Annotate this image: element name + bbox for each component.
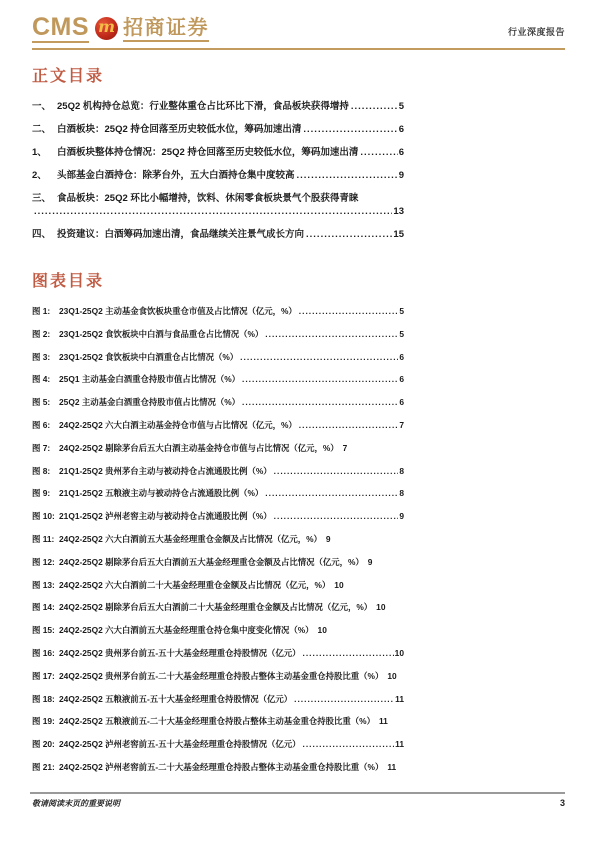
figure-entry[interactable]: 图 6: 24Q2-25Q2 六大白酒主动基金持仓市值与占比情况（亿元，%） .…: [32, 419, 404, 432]
entry-page-number: 8: [399, 487, 404, 500]
entry-number: 四、: [32, 228, 57, 241]
figure-entry[interactable]: 图 3: 23Q1-25Q2 食饮板块中白酒重仓占比情况（%） ........…: [32, 351, 404, 364]
dot-leader: ........................................…: [242, 396, 398, 409]
figure-entry[interactable]: 图 5: 25Q2 主动基金白酒重仓持股市值占比情况（%） ..........…: [32, 396, 404, 409]
entry-number: 2、: [32, 169, 57, 182]
entry-page-number: 13: [393, 205, 404, 218]
entry-number: 图 18:: [32, 693, 59, 706]
entry-number: 图 12:: [32, 556, 59, 569]
entry-page-number: 8: [399, 465, 404, 478]
entry-page-number: 9: [326, 533, 331, 546]
entry-page-number: 6: [399, 123, 404, 136]
entry-text: 23Q1-25Q2 主动基金食饮板块重仓市值及占比情况（亿元，%）: [59, 305, 297, 318]
cms-badge-icon: m: [95, 17, 118, 40]
entry-page-number: 5: [399, 328, 404, 341]
entry-number: 图 15:: [32, 624, 59, 637]
toc-entry[interactable]: 四、 投资建议：白酒筹码加速出清，食品继续关注景气成长方向 ..........…: [32, 228, 404, 241]
entry-page-number: 11: [387, 761, 396, 774]
figure-entry[interactable]: 图 16: 24Q2-25Q2 贵州茅台前五-五十大基金经理重仓持股情况（亿元）…: [32, 647, 404, 660]
entry-page-number: 10: [387, 670, 396, 683]
entry-number: 图 5:: [32, 396, 59, 409]
entry-text: 21Q1-25Q2 泸州老窖主动与被动持仓占流通股比例（%）: [59, 510, 272, 523]
entry-number: 图 10:: [32, 510, 59, 523]
entry-text: 21Q1-25Q2 贵州茅台主动与被动持仓占流通股比例（%）: [59, 465, 272, 478]
entry-page-number: 6: [399, 146, 404, 159]
entry-number: 图 16:: [32, 647, 59, 660]
entry-page-number: 9: [399, 510, 404, 523]
figures-list: 图 1: 23Q1-25Q2 主动基金食饮板块重仓市值及占比情况（亿元，%） .…: [32, 305, 404, 774]
entry-number: 图 13:: [32, 579, 59, 592]
entry-page-number: 11: [395, 738, 404, 751]
report-header: CMS m 招商证券 行业深度报告: [0, 0, 595, 43]
entry-page-number: 9: [399, 169, 404, 182]
figure-entry[interactable]: 图 21: 24Q2-25Q2 泸州老窖前五-二十大基金经理重仓持股占整体主动基…: [32, 761, 404, 774]
entry-text: 23Q1-25Q2 食饮板块中白酒与食品重仓占比情况（%）: [59, 328, 263, 341]
dot-leader: ........................................…: [34, 205, 392, 218]
entry-text: 投资建议：白酒筹码加速出清，食品继续关注景气成长方向: [57, 228, 304, 241]
figure-entry[interactable]: 图 13: 24Q2-25Q2 六大白酒前二十大基金经理重仓金额及占比情况（亿元…: [32, 579, 404, 592]
figure-entry[interactable]: 图 1: 23Q1-25Q2 主动基金食饮板块重仓市值及占比情况（亿元，%） .…: [32, 305, 404, 318]
entry-page-number: 9: [368, 556, 373, 569]
entry-number: 图 11:: [32, 533, 59, 546]
entry-number: 图 21:: [32, 761, 59, 774]
entry-page-number: 10: [395, 647, 404, 660]
dot-leader: ........................................…: [242, 373, 398, 386]
toc-entry[interactable]: 1、 白酒板块整体持仓情况：25Q2 持仓回落至历史较低水位，筹码加速出清 ..…: [32, 146, 404, 159]
figure-entry[interactable]: 图 19: 24Q2-25Q2 五粮液前五-二十大基金经理重仓持股占整体主动基金…: [32, 715, 404, 728]
entry-page-number: 6: [399, 373, 404, 386]
entry-text: 24Q2-25Q2 贵州茅台前五-二十大基金经理重仓持股占整体主动基金重仓持股比…: [59, 670, 383, 683]
report-type-label: 行业深度报告: [508, 25, 565, 43]
entry-text: 食品板块：25Q2 环比小幅增持，饮料、休闲零食板块景气个股获得青睐: [57, 192, 404, 205]
entry-number: 二、: [32, 123, 57, 136]
entry-text: 24Q2-25Q2 剔除茅台后五大白酒前五大基金经理重仓金额及占比情况（亿元，%…: [59, 556, 364, 569]
figure-entry[interactable]: 图 15: 24Q2-25Q2 六大白酒前五大基金经理重仓持仓集中度变化情况（%…: [32, 624, 404, 637]
entry-page-number: 15: [393, 228, 404, 241]
entry-number: 图 2:: [32, 328, 59, 341]
page-footer: 敬请阅读末页的重要说明 3: [32, 798, 565, 809]
entry-number: 1、: [32, 146, 57, 159]
footer-disclaimer: 敬请阅读末页的重要说明: [32, 798, 120, 809]
dot-leader: ........................................…: [303, 738, 395, 751]
figure-entry[interactable]: 图 9: 21Q1-25Q2 五粮液主动与被动持仓占流通股比例（%） .....…: [32, 487, 404, 500]
dot-leader: ........................................…: [299, 305, 399, 318]
entry-page-number: 7: [399, 419, 404, 432]
figures-title: 图表目录: [32, 271, 595, 292]
entry-number: 图 17:: [32, 670, 59, 683]
entry-text: 23Q1-25Q2 食饮板块中白酒重仓占比情况（%）: [59, 351, 238, 364]
entry-number: 图 6:: [32, 419, 59, 432]
dot-leader: ........................................…: [274, 510, 399, 523]
entry-text: 24Q2-25Q2 五粮液前五-五十大基金经理重仓持股情况（亿元）: [59, 693, 292, 706]
entry-number: 图 14:: [32, 601, 59, 614]
toc-entry[interactable]: 一、 25Q2 机构持仓总览：行业整体重仓占比环比下滑，食品板块获得增持 ...…: [32, 100, 404, 113]
entry-page-number: 11: [395, 693, 404, 706]
entry-page-number: 5: [399, 305, 404, 318]
entry-page-number: 10: [318, 624, 327, 637]
entry-number: 图 19:: [32, 715, 59, 728]
entry-page-number: 6: [399, 396, 404, 409]
report-page: CMS m 招商证券 行业深度报告 正文目录 一、 25Q2 机构持仓总览：行业…: [0, 0, 595, 841]
entry-text: 21Q1-25Q2 五粮液主动与被动持仓占流通股比例（%）: [59, 487, 263, 500]
dot-leader: ........................................…: [240, 351, 398, 364]
figure-entry[interactable]: 图 14: 24Q2-25Q2 剔除茅台后五大白酒前二十大基金经理重仓金额及占比…: [32, 601, 404, 614]
dot-leader: ........................................…: [265, 487, 398, 500]
figure-entry[interactable]: 图 10: 21Q1-25Q2 泸州老窖主动与被动持仓占流通股比例（%） ...…: [32, 510, 404, 523]
cms-logo-text: CMS: [32, 15, 89, 43]
entry-text: 24Q2-25Q2 六大白酒前五大基金经理重仓金额及占比情况（亿元，%）: [59, 533, 322, 546]
entry-text: 24Q2-25Q2 泸州老窖前五-五十大基金经理重仓持股情况（亿元）: [59, 738, 301, 751]
toc-entry[interactable]: 三、 食品板块：25Q2 环比小幅增持，饮料、休闲零食板块景气个股获得青睐 ..…: [32, 192, 404, 218]
entry-text: 24Q2-25Q2 贵州茅台前五-五十大基金经理重仓持股情况（亿元）: [59, 647, 301, 660]
dot-leader: ........................................…: [303, 123, 397, 136]
entry-text: 24Q2-25Q2 剔除茅台后五大白酒前二十大基金经理重仓金额及占比情况（亿元，…: [59, 601, 372, 614]
footer-divider: [30, 792, 565, 794]
toc-entry[interactable]: 2、 头部基金白酒持仓：除茅台外，五大白酒持仓集中度较高 ...........…: [32, 169, 404, 182]
dot-leader: ........................................…: [306, 228, 392, 241]
entry-text: 24Q2-25Q2 五粮液前五-二十大基金经理重仓持股占整体主动基金重仓持股比重…: [59, 715, 375, 728]
entry-page-number: 11: [379, 715, 388, 728]
entry-number: 图 7:: [32, 442, 59, 455]
entry-text: 头部基金白酒持仓：除茅台外，五大白酒持仓集中度较高: [57, 169, 295, 182]
entry-page-number: 6: [399, 351, 404, 364]
entry-number: 图 8:: [32, 465, 59, 478]
figure-entry[interactable]: 图 20: 24Q2-25Q2 泸州老窖前五-五十大基金经理重仓持股情况（亿元）…: [32, 738, 404, 751]
dot-leader: ........................................…: [360, 146, 397, 159]
entry-text: 25Q2 机构持仓总览：行业整体重仓占比环比下滑，食品板块获得增持: [57, 100, 349, 113]
dot-leader: ........................................…: [297, 169, 398, 182]
entry-number: 图 20:: [32, 738, 59, 751]
entry-text: 25Q1 主动基金白酒重仓持股市值占比情况（%）: [59, 373, 240, 386]
dot-leader: ........................................…: [299, 419, 399, 432]
entry-text: 24Q2-25Q2 六大白酒主动基金持仓市值与占比情况（亿元，%）: [59, 419, 297, 432]
entry-page-number: 5: [399, 100, 404, 113]
dot-leader: ........................................…: [351, 100, 398, 113]
figure-entry[interactable]: 图 17: 24Q2-25Q2 贵州茅台前五-二十大基金经理重仓持股占整体主动基…: [32, 670, 404, 683]
figure-entry[interactable]: 图 4: 25Q1 主动基金白酒重仓持股市值占比情况（%） ..........…: [32, 373, 404, 386]
dot-leader: ........................................…: [294, 693, 394, 706]
entry-text: 白酒板块：25Q2 持仓回落至历史较低水位，筹码加速出清: [57, 123, 301, 136]
footer-page-number: 3: [560, 798, 565, 809]
figure-entry[interactable]: 图 8: 21Q1-25Q2 贵州茅台主动与被动持仓占流通股比例（%） ....…: [32, 465, 404, 478]
figure-entry[interactable]: 图 18: 24Q2-25Q2 五粮液前五-五十大基金经理重仓持股情况（亿元） …: [32, 693, 404, 706]
entry-text: 24Q2-25Q2 剔除茅台后五大白酒主动基金持仓市值与占比情况（亿元，%）: [59, 442, 339, 455]
dot-leader: ........................................…: [265, 328, 398, 341]
figure-entry[interactable]: 图 2: 23Q1-25Q2 食饮板块中白酒与食品重仓占比情况（%） .....…: [32, 328, 404, 341]
header-divider: [32, 48, 565, 50]
figure-entry[interactable]: 图 7: 24Q2-25Q2 剔除茅台后五大白酒主动基金持仓市值与占比情况（亿元…: [32, 442, 404, 455]
entry-text: 24Q2-25Q2 泸州老窖前五-二十大基金经理重仓持股占整体主动基金重仓持股比…: [59, 761, 383, 774]
figure-entry[interactable]: 图 11: 24Q2-25Q2 六大白酒前五大基金经理重仓金额及占比情况（亿元，…: [32, 533, 404, 546]
brand-name: 招商证券: [123, 17, 209, 42]
entry-text: 24Q2-25Q2 六大白酒前五大基金经理重仓持仓集中度变化情况（%）: [59, 624, 314, 637]
entry-number: 图 1:: [32, 305, 59, 318]
entry-page-number: 7: [343, 442, 348, 455]
cms-badge-letter: m: [98, 19, 115, 35]
dot-leader: ........................................…: [274, 465, 399, 478]
entry-text: 24Q2-25Q2 六大白酒前二十大基金经理重仓金额及占比情况（亿元，%）: [59, 579, 330, 592]
entry-number: 图 9:: [32, 487, 59, 500]
cms-logo: CMS m 招商证券: [32, 15, 209, 43]
entry-number: 图 4:: [32, 373, 59, 386]
entry-text: 白酒板块整体持仓情况：25Q2 持仓回落至历史较低水位，筹码加速出清: [57, 146, 358, 159]
dot-leader: ........................................…: [303, 647, 394, 660]
toc-title: 正文目录: [32, 66, 595, 87]
entry-number: 一、: [32, 100, 57, 113]
toc-list: 一、 25Q2 机构持仓总览：行业整体重仓占比环比下滑，食品板块获得增持 ...…: [32, 100, 404, 241]
entry-page-number: 10: [334, 579, 343, 592]
entry-page-number: 10: [376, 601, 385, 614]
toc-entry[interactable]: 二、 白酒板块：25Q2 持仓回落至历史较低水位，筹码加速出清 ........…: [32, 123, 404, 136]
entry-text: 25Q2 主动基金白酒重仓持股市值占比情况（%）: [59, 396, 240, 409]
figure-entry[interactable]: 图 12: 24Q2-25Q2 剔除茅台后五大白酒前五大基金经理重仓金额及占比情…: [32, 556, 404, 569]
entry-number: 图 3:: [32, 351, 59, 364]
entry-number: 三、: [32, 192, 57, 205]
